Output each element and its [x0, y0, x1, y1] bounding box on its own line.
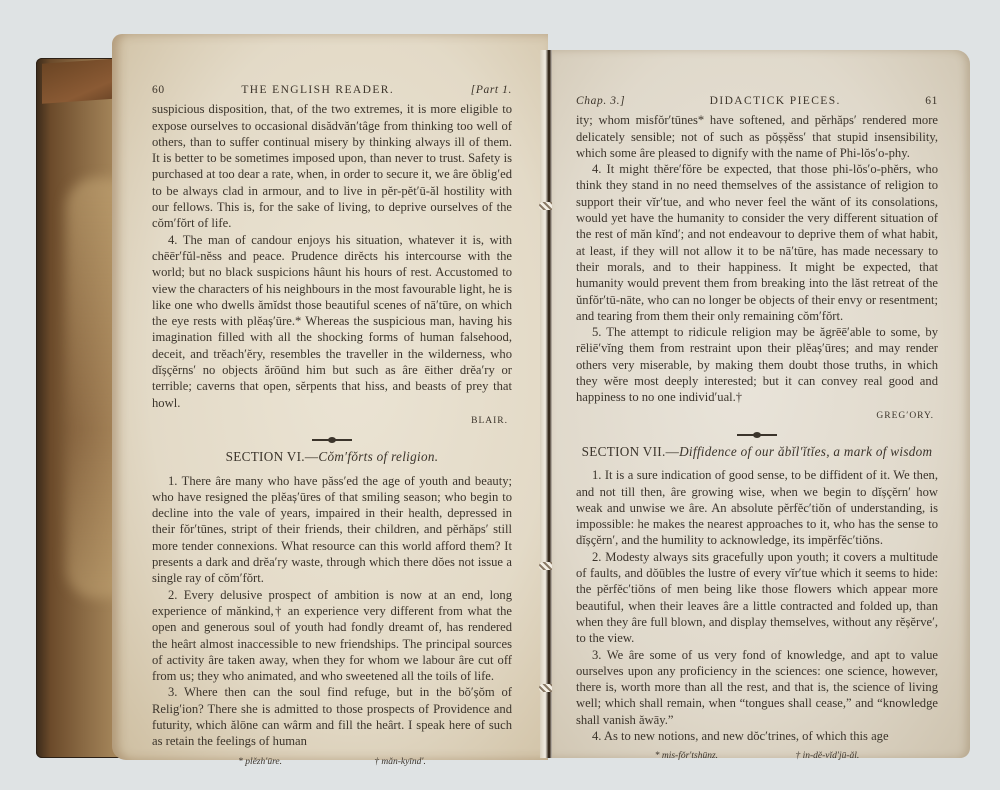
- part-label: [Part 1.: [471, 82, 512, 98]
- paragraph: 4. It might thĕre′fŏre be expected, that…: [576, 161, 938, 324]
- footnote: * mis-fŏr′tshūnz.: [655, 748, 718, 764]
- right-page-text: Chap. 3.] DIDACTICK PIECES. 61 ity; whom…: [576, 93, 938, 765]
- right-page: Chap. 3.] DIDACTICK PIECES. 61 ity; whom…: [552, 50, 970, 758]
- ornament-divider: [737, 434, 777, 436]
- paragraph: 2. Every delusive prospect of ambition i…: [152, 587, 512, 685]
- attribution: BLAIR.: [152, 413, 512, 429]
- right-running-head: Chap. 3.] DIDACTICK PIECES. 61: [576, 93, 938, 109]
- paragraph: 2. Modesty always sits gracefully upon y…: [576, 549, 938, 647]
- paragraph: suspicious disposition, that, of the two…: [152, 101, 512, 231]
- section-title: Diffidence of our ăbĭl′ĭtĭes, a mark of …: [679, 444, 932, 459]
- footnote: † in-dĕ-vĭd′jū-ăl.: [795, 748, 859, 764]
- left-page: 60 THE ENGLISH READER. [Part 1. suspicio…: [112, 34, 548, 760]
- ornament-divider: [312, 439, 352, 441]
- paragraph: 1. There âre many who have păss′ed the a…: [152, 473, 512, 587]
- attribution: GREG′ORY.: [576, 408, 938, 424]
- section-number: SECTION VII.—: [582, 444, 679, 459]
- footnotes: * mis-fŏr′tshūnz. † in-dĕ-vĭd′jū-ăl.: [576, 748, 938, 764]
- paragraph: ity; whom misfŏr′tūnes* have softened, a…: [576, 112, 938, 161]
- page-number-left: 60: [152, 82, 165, 98]
- paragraph: 5. The attempt to ridicule religion may …: [576, 324, 938, 405]
- paragraph: 1. It is a sure indication of good sense…: [576, 467, 938, 548]
- section-number: SECTION VI.—: [226, 449, 319, 464]
- paragraph: 4. The man of candour enjoys his situati…: [152, 232, 512, 411]
- paragraph: 3. We âre some of us very fond of knowle…: [576, 647, 938, 728]
- section-heading: SECTION VI.—Cŏm′fŏrts of religion.: [152, 449, 512, 465]
- section-heading: SECTION VII.—Diffidence of our ăbĭl′ĭtĭe…: [576, 444, 938, 460]
- chapter-label: Chap. 3.]: [576, 93, 625, 109]
- running-title-left: THE ENGLISH READER.: [241, 82, 394, 98]
- page-number-right: 61: [925, 93, 938, 109]
- footnote: † măn-kyīnd′.: [374, 754, 426, 770]
- paragraph: 3. Where then can the soul find refuge, …: [152, 684, 512, 749]
- book-photo: 60 THE ENGLISH READER. [Part 1. suspicio…: [0, 0, 1000, 790]
- footnote: * plĕzh′ūre.: [238, 754, 282, 770]
- running-title-right: DIDACTICK PIECES.: [710, 93, 841, 109]
- left-running-head: 60 THE ENGLISH READER. [Part 1.: [152, 82, 512, 98]
- paragraph: 4. As to new notions, and new dŏc′trines…: [576, 728, 938, 744]
- section-title: Cŏm′fŏrts of religion.: [318, 449, 438, 464]
- footnotes: * plĕzh′ūre. † măn-kyīnd′.: [152, 754, 512, 770]
- left-page-text: 60 THE ENGLISH READER. [Part 1. suspicio…: [152, 82, 512, 770]
